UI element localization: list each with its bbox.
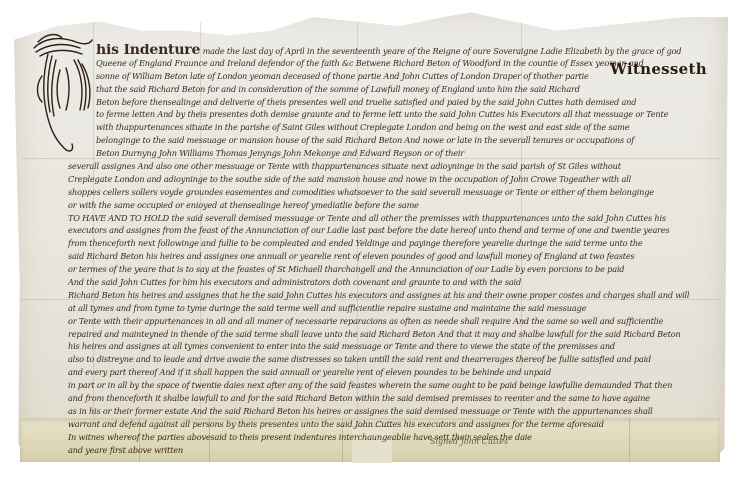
text-line: severall assignes And also one other mes… (68, 160, 716, 173)
decorated-initial-t-icon (26, 30, 96, 160)
text-line: Beton Durnyng John Williams Thomas Jenyn… (96, 147, 716, 160)
text-line-habendum: TO HAVE AND TO HOLD the said severall de… (68, 212, 716, 225)
text-line: or Tente with their appurtenances in all… (68, 315, 716, 328)
text-line: sonne of William Beton late of London ye… (96, 70, 606, 83)
witnesseth-heading: Witnesseth (610, 60, 707, 78)
text-line: from thenceforth next followinge and ful… (68, 237, 716, 250)
text-line: or with the same occupied or enioyed at … (68, 199, 716, 212)
text-line: shoppes cellers sollers voyde groundes e… (68, 186, 716, 199)
opening-words: his Indenture (96, 44, 200, 57)
text-line: with thappurtenances situate in the pari… (96, 121, 716, 134)
text-line: his heires and assignes at all tymes con… (68, 340, 716, 353)
text-line: Beton before thensealinge and deliverie … (96, 96, 716, 109)
text-line: and every part thereof And if it shall h… (68, 366, 716, 379)
text-line: also to distreyne and to leade and drive… (68, 353, 716, 366)
text-line: and yeare first above written (68, 444, 716, 457)
endorsement-signature: Signed John Cuttes (430, 437, 508, 446)
text-line: repaired and mainteyned in thende of the… (68, 328, 716, 341)
text-line: as in his or their former estate And the… (68, 405, 716, 418)
text-line: And the said John Cuttes for him his exe… (68, 276, 716, 289)
text-line: to ferme letten And by theis presentes d… (96, 108, 716, 121)
text-line: and from thenceforth it shalbe lawfull t… (68, 392, 716, 405)
text-line: Creplegate London and adioyninge to the … (68, 173, 716, 186)
text-line-testimonium: In witnes whereof the parties abovesaid … (68, 431, 716, 444)
text-line: that the said Richard Beton for and in c… (96, 83, 716, 96)
text-line: warrant and defend against all persons b… (68, 418, 716, 431)
text-line: executors and assignes from the feast of… (68, 224, 716, 237)
text-line: at all tymes and from tyme to tyme durin… (68, 302, 716, 315)
document-body: his Indenture made the last day of April… (96, 44, 716, 457)
text-line: Richard Beton his heires and assignes th… (68, 289, 716, 302)
text-line: in part or in all by the space of twenti… (68, 379, 716, 392)
text-line: his Indenture made the last day of April… (96, 44, 716, 57)
text-line: or termes of the yeare that is to say at… (68, 263, 716, 276)
text-line: said Richard Beton his heires and assign… (68, 250, 716, 263)
text-line: belonginge to the said messuage or mansi… (96, 134, 716, 147)
